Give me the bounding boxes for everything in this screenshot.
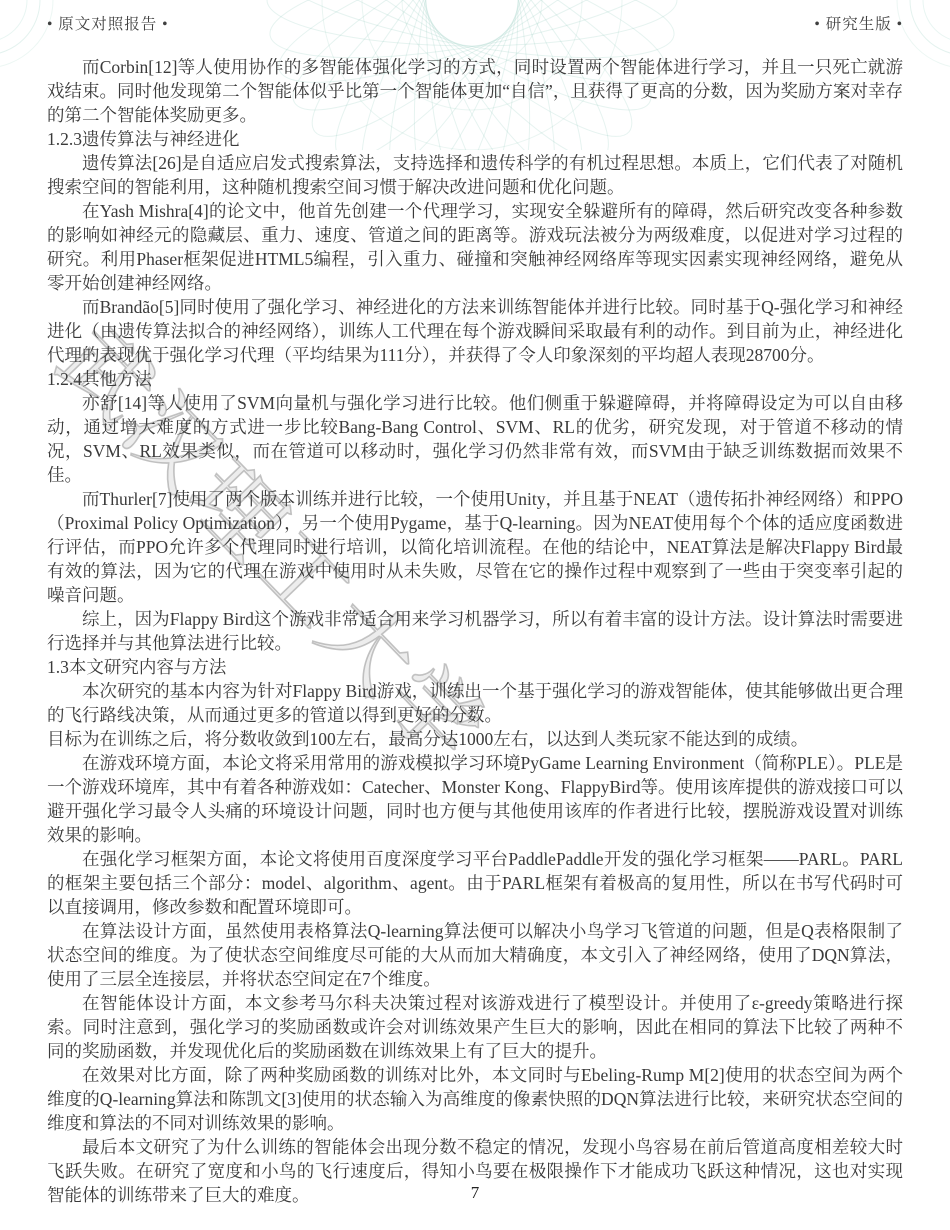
- paragraph: 而Corbin[12]等人使用协作的多智能体强化学习的方式，同时设置两个智能体进…: [47, 55, 903, 127]
- paragraph: 在效果对比方面，除了两种奖励函数的训练对比外，本文同时与Ebeling-Rump…: [47, 1063, 903, 1135]
- paragraph: 在Yash Mishra[4]的论文中，他首先创建一个代理学习，实现安全躲避所有…: [47, 199, 903, 295]
- paragraph: 在游戏环境方面，本论文将采用常用的游戏模拟学习环境PyGame Learning…: [47, 751, 903, 847]
- paragraph: 综上，因为Flappy Bird这个游戏非常适合用来学习机器学习，所以有着丰富的…: [47, 607, 903, 655]
- paragraph: 本次研究的基本内容为针对Flappy Bird游戏，训练出一个基于强化学习的游戏…: [47, 679, 903, 727]
- section-heading: 1.2.3遗传算法与神经进化: [47, 127, 903, 151]
- paragraph: 在强化学习框架方面，本论文将使用百度深度学习平台PaddlePaddle开发的强…: [47, 847, 903, 919]
- section-heading: 1.3本文研究内容与方法: [47, 655, 903, 679]
- paragraph: 而Thurler[7]使用了两个版本训练并进行比较，一个使用Unity，并且基于…: [47, 487, 903, 607]
- page-number: 7: [0, 1183, 950, 1203]
- section-heading: 1.2.4其他方法: [47, 367, 903, 391]
- report-page: • 原文对照报告 • • 研究生版 • 武汉理工大学 而Corbin[12]等人…: [0, 0, 950, 1230]
- running-head-left: • 原文对照报告 •: [47, 12, 169, 34]
- running-head-right: • 研究生版 •: [814, 12, 903, 34]
- paragraph: 在智能体设计方面，本文参考马尔科夫决策过程对该游戏进行了模型设计。并使用了ε-g…: [47, 991, 903, 1063]
- paragraph: 而Brandão[5]同时使用了强化学习、神经进化的方法来训练智能体并进行比较。…: [47, 295, 903, 367]
- running-head: • 原文对照报告 • • 研究生版 •: [47, 12, 903, 34]
- paragraph: 亦舒[14]等人使用了SVM向量机与强化学习进行比较。他们侧重于躲避障碍，并将障…: [47, 391, 903, 487]
- document-body: 而Corbin[12]等人使用协作的多智能体强化学习的方式，同时设置两个智能体进…: [47, 55, 903, 1207]
- paragraph: 在算法设计方面，虽然使用表格算法Q-learning算法便可以解决小鸟学习飞管道…: [47, 919, 903, 991]
- paragraph: 目标为在训练之后，将分数收敛到100左右，最高分达1000左右，以达到人类玩家不…: [47, 727, 903, 751]
- corner-ornament-right: [895, 0, 950, 80]
- paragraph: 遗传算法[26]是自适应启发式搜索算法，支持选择和遗传科学的有机过程思想。本质上…: [47, 151, 903, 199]
